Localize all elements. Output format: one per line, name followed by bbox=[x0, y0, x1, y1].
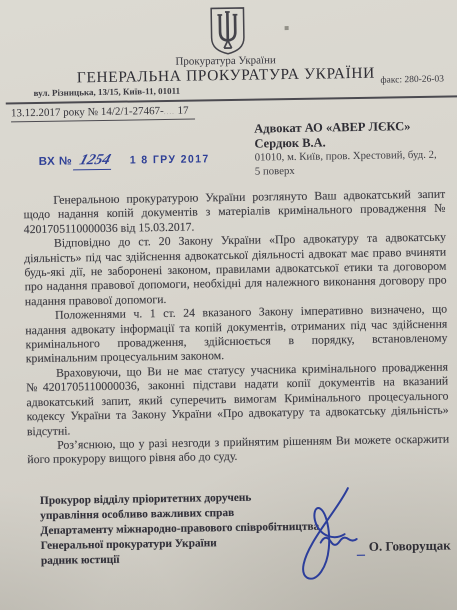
paragraph-4: Враховуючи, що Ви не має статусу учасник… bbox=[26, 359, 449, 438]
signature-dash: – bbox=[357, 546, 365, 564]
paper-speck bbox=[285, 26, 289, 30]
scanned-letter-photo: Прокуратура України ГЕНЕРАЛЬНА ПРОКУРАТУ… bbox=[0, 0, 457, 610]
paragraph-3: Положеннями ч. 1 ст. 24 вказаного Закону… bbox=[25, 302, 448, 366]
recipient-firm: Адвокат АО «АВЕР ЛЄКС» bbox=[254, 119, 436, 137]
stamp-label: ВХ № bbox=[39, 155, 73, 168]
reference-prefix: 13.12.2017 року № 14/2/1-27467- bbox=[11, 105, 164, 119]
handwritten-signature bbox=[290, 484, 364, 585]
letter-page: Прокуратура України ГЕНЕРАЛЬНА ПРОКУРАТУ… bbox=[0, 0, 457, 610]
reference-faded-part: .... bbox=[164, 108, 175, 116]
incoming-registration-stamp: ВХ № 1254 1 8 ГРУ 2017 bbox=[39, 150, 212, 171]
stamp-date: 1 8 ГРУ 2017 bbox=[129, 153, 209, 166]
ukraine-trident-emblem-icon bbox=[208, 7, 247, 56]
paragraph-1: Генеральною прокуратурою України розглян… bbox=[23, 187, 446, 237]
recipient-address-line2: 5 поверх bbox=[255, 162, 437, 178]
stamp-handwritten-number: 1254 bbox=[72, 152, 116, 171]
org-fax: факс: 280-26-03 bbox=[381, 74, 445, 85]
org-address: вул. Різницька, 13/15, Київ-11, 01011 bbox=[34, 86, 181, 98]
paragraph-5: Роз’яснюю, що у разі незгоди з прийнятим… bbox=[27, 431, 449, 466]
recipient-block: Адвокат АО «АВЕР ЛЄКС» Сердюк В.А. 01010… bbox=[254, 119, 437, 179]
outgoing-reference-line: 13.12.2017 року № 14/2/1-27467-.... 17 bbox=[11, 105, 195, 123]
recipient-address-line1: 01010, м. Київ, пров. Хрестовий, буд. 2, bbox=[255, 149, 437, 165]
signer-name: О. Говорущак bbox=[369, 538, 451, 555]
letter-body: Генеральною прокуратурою України розглян… bbox=[23, 187, 449, 467]
reference-suffix: 17 bbox=[177, 105, 188, 117]
paragraph-2: Відповідно до ст. 20 Закону України «Про… bbox=[24, 230, 447, 309]
